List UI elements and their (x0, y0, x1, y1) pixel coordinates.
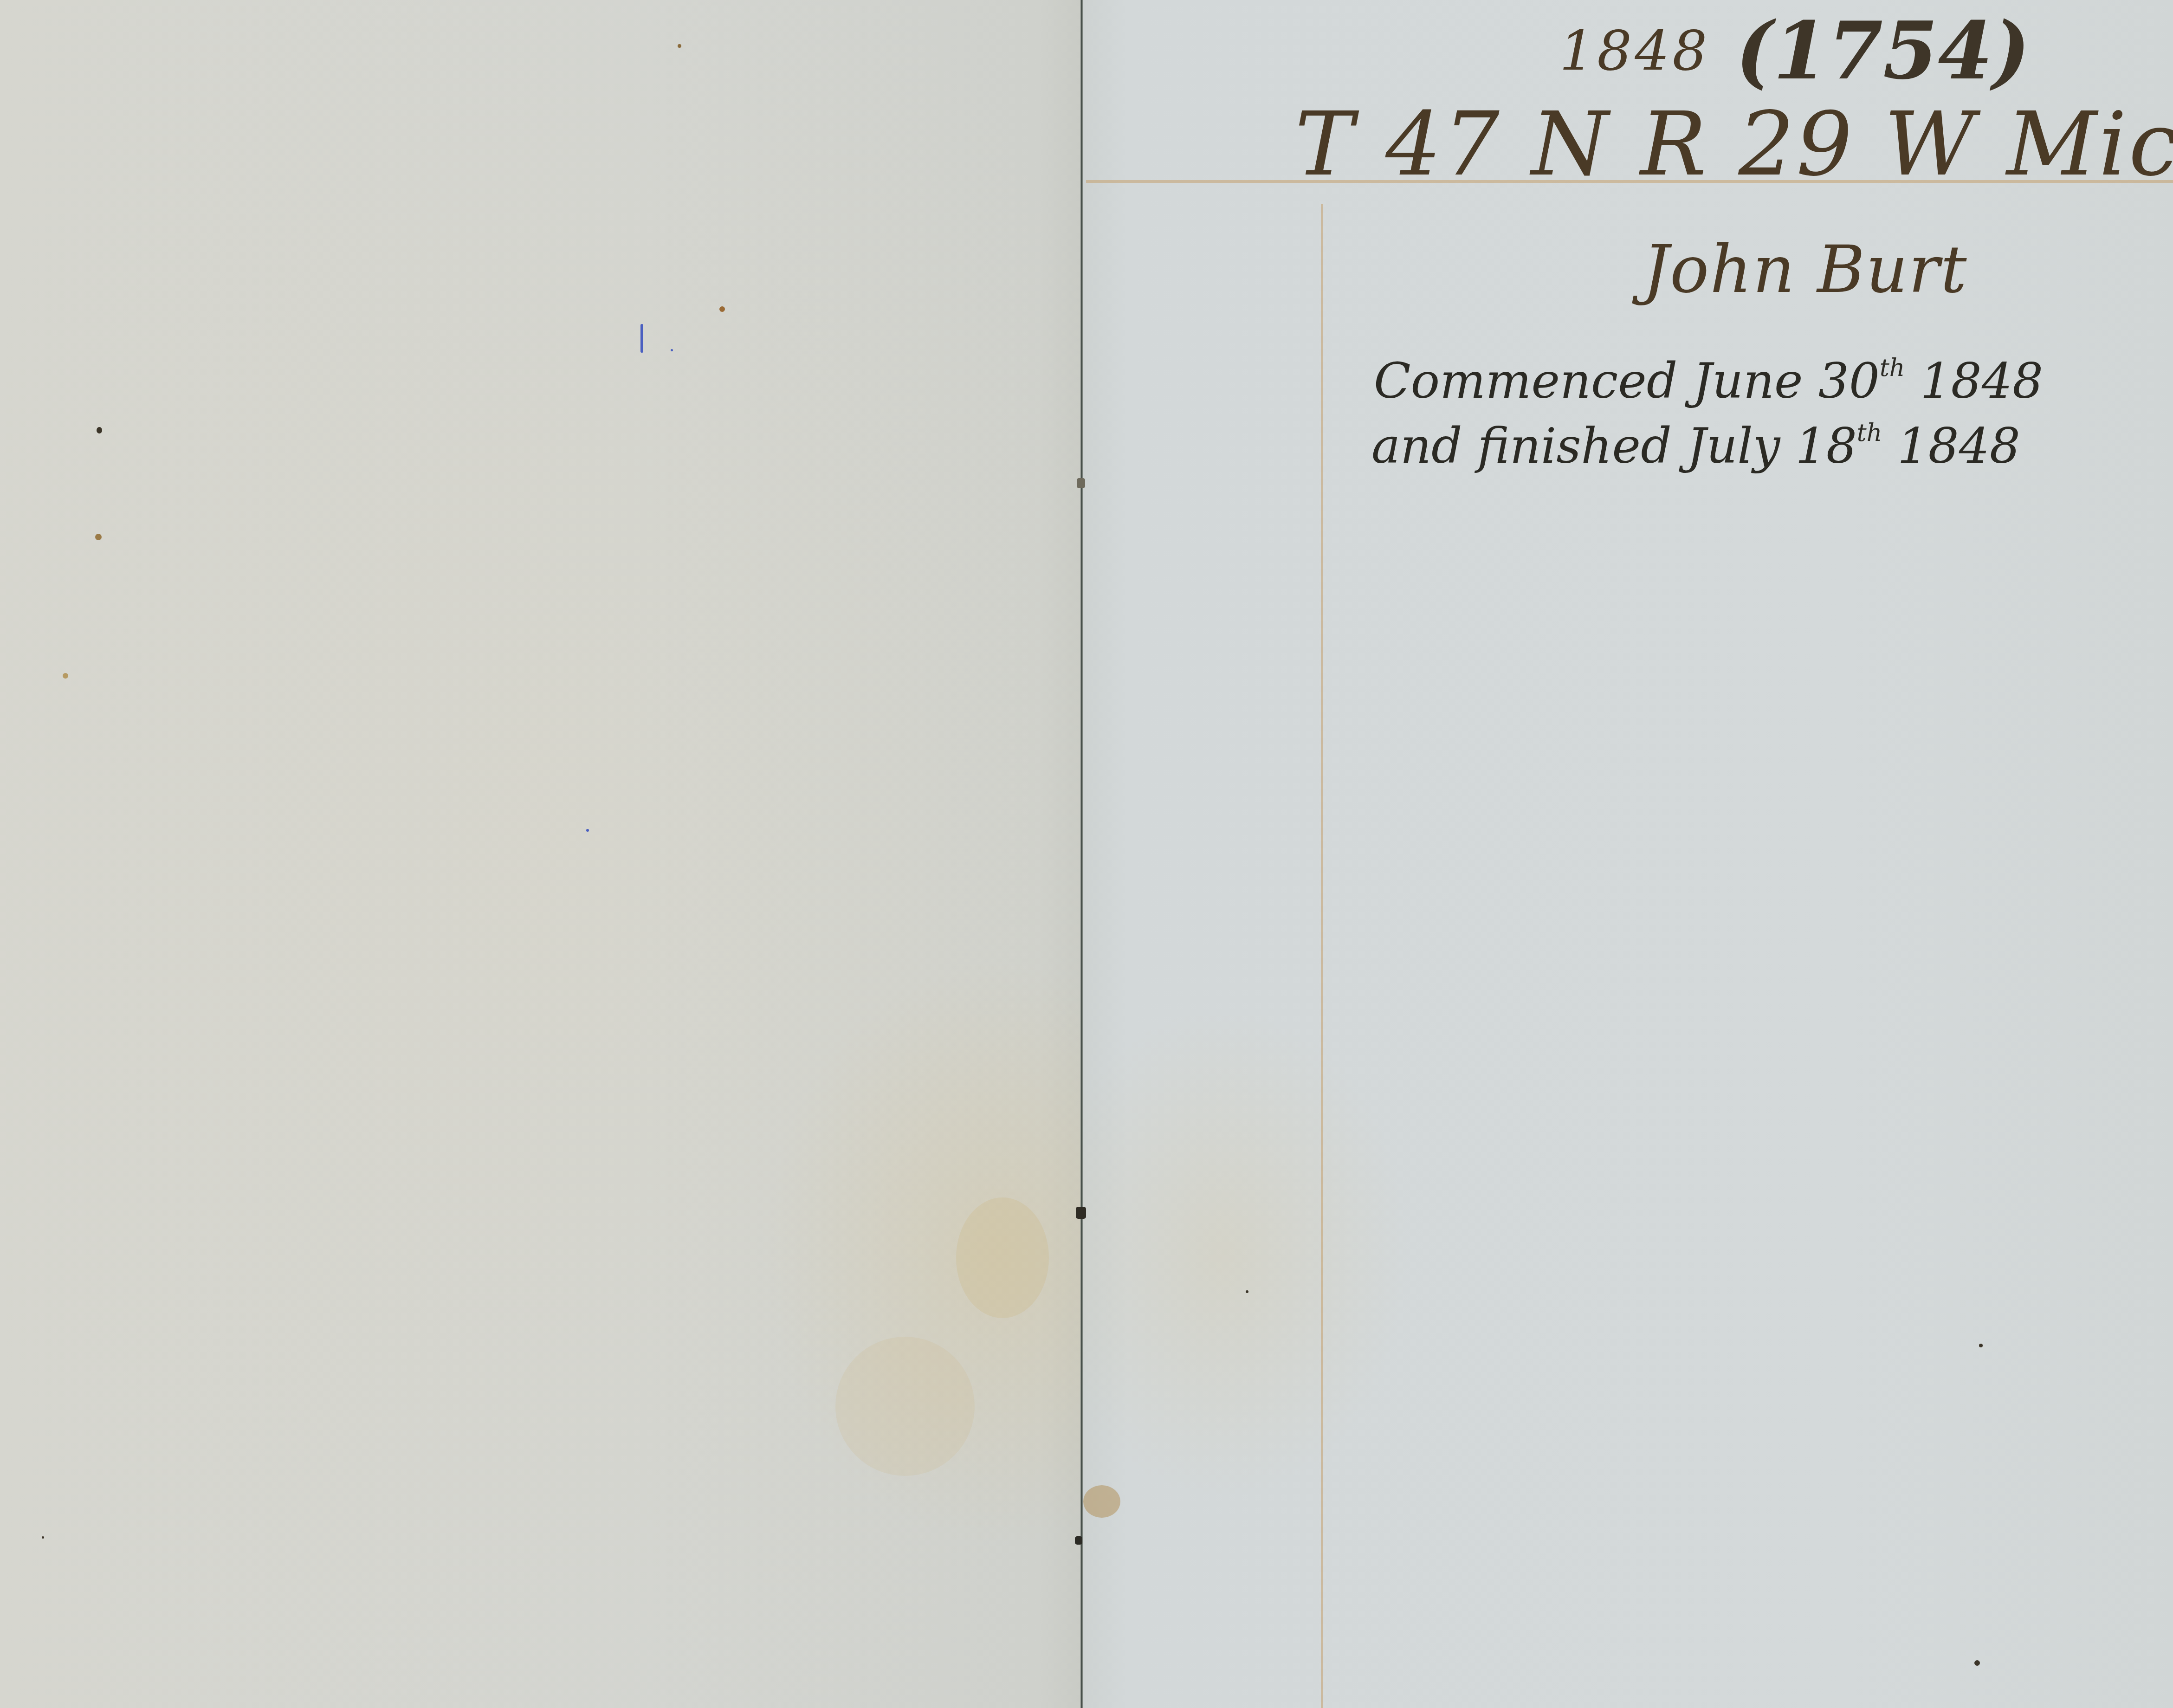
paper-speck (97, 427, 102, 433)
finished-text: and finished July 18 (1371, 418, 1857, 474)
blue-ink-dot (586, 829, 589, 832)
surveyor-name: John Burt (1643, 232, 1967, 308)
finished-date-line: and finished July 18th 1848 (1371, 418, 2020, 474)
commenced-year: 1848 (1905, 353, 2043, 409)
notebook-spread: 1848 (1754) T 47 N R 29 W Mich. John Bur… (0, 0, 2173, 1708)
paper-speck (1246, 1290, 1248, 1293)
commenced-date-line: Commenced June 30th 1848 (1374, 353, 2043, 409)
right-page (1083, 0, 2173, 1708)
record-number: (1754) (1736, 5, 2030, 97)
binding-stitch (1075, 1536, 1082, 1545)
ordinal-suffix: th (1857, 419, 1882, 447)
paper-speck (95, 534, 102, 540)
ordinal-suffix: th (1880, 354, 1905, 382)
commenced-text: Commenced June 30 (1374, 353, 1880, 409)
left-page (0, 0, 1081, 1708)
binding-stitch (1076, 1207, 1086, 1219)
foxing-stain (835, 1337, 975, 1476)
paper-speck (42, 1536, 44, 1539)
paper-speck (63, 673, 68, 679)
paper-speck (1974, 1660, 1980, 1666)
blue-ink-mark (640, 324, 643, 353)
finished-year: 1848 (1882, 418, 2020, 474)
binding-gutter (1080, 0, 1083, 1708)
binding-stitch (1077, 478, 1085, 488)
township-range-heading: T 47 N R 29 W Mich. (1295, 93, 2173, 195)
paper-speck (719, 306, 725, 312)
paper-speck (1979, 1344, 1983, 1347)
blue-ink-dot (671, 349, 673, 351)
water-stain (1083, 1485, 1120, 1518)
margin-rule-line (1321, 204, 1323, 1708)
foxing-stain (956, 1197, 1049, 1318)
header-year: 1848 (1559, 19, 1710, 83)
paper-speck (678, 44, 681, 48)
